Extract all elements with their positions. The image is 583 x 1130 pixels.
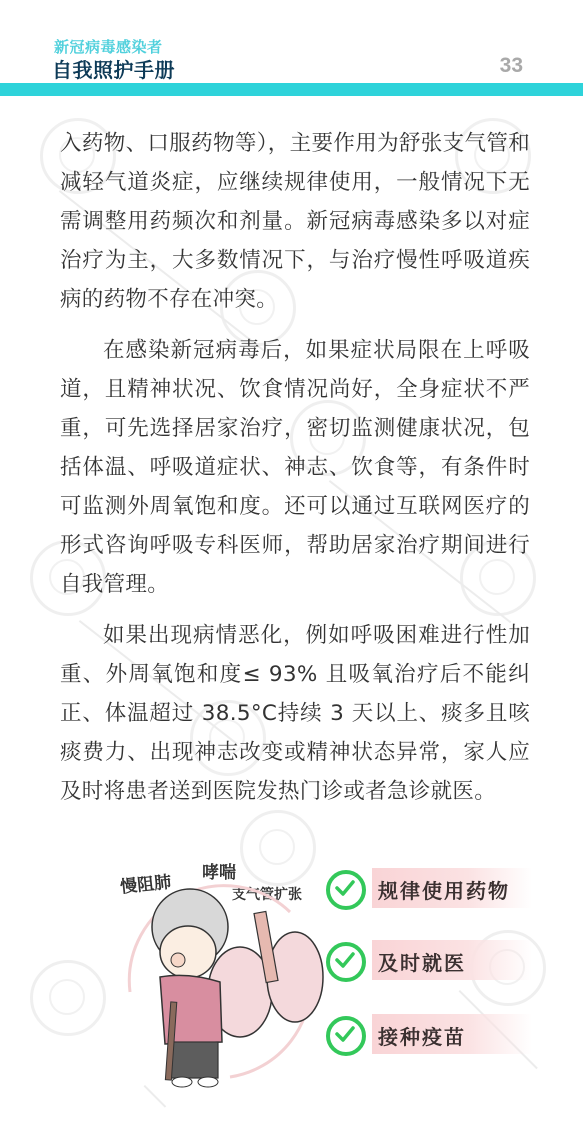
header-accent-bar: [0, 83, 583, 96]
watermark-seal-icon: [30, 960, 106, 1036]
elderly-woman-coughing-icon: [110, 852, 340, 1092]
check-circle-icon: [326, 870, 366, 910]
checklist-text: 规律使用药物: [378, 875, 510, 904]
checklist-item: 接种疫苗: [322, 1014, 532, 1058]
body-content: 入药物、口服药物等），主要作用为舒张支气管和减轻气道炎症，应继续规律使用，一般情…: [60, 124, 530, 823]
checklist-item: 及时就医: [322, 940, 532, 984]
checklist-item: 规律使用药物: [322, 868, 532, 912]
header-title: 自我照护手册: [52, 54, 175, 83]
page-number: 33: [500, 54, 523, 78]
check-circle-icon: [326, 942, 366, 982]
checklist-text: 接种疫苗: [378, 1021, 466, 1050]
page-header: 新冠病毒感染者 自我照护手册 33: [0, 0, 583, 96]
paragraph-3: 如果出现病情恶化，例如呼吸困难进行性加重、外周氧饱和度≤ 93% 且吸氧治疗后不…: [60, 616, 530, 811]
paragraph-1: 入药物、口服药物等），主要作用为舒张支气管和减轻气道炎症，应继续规律使用，一般情…: [60, 124, 530, 319]
paragraph-2: 在感染新冠病毒后，如果症状局限在上呼吸道，且精神状况、饮食情况尚好，全身症状不严…: [60, 331, 530, 604]
checklist-text: 及时就医: [378, 947, 466, 976]
check-circle-icon: [326, 1016, 366, 1056]
